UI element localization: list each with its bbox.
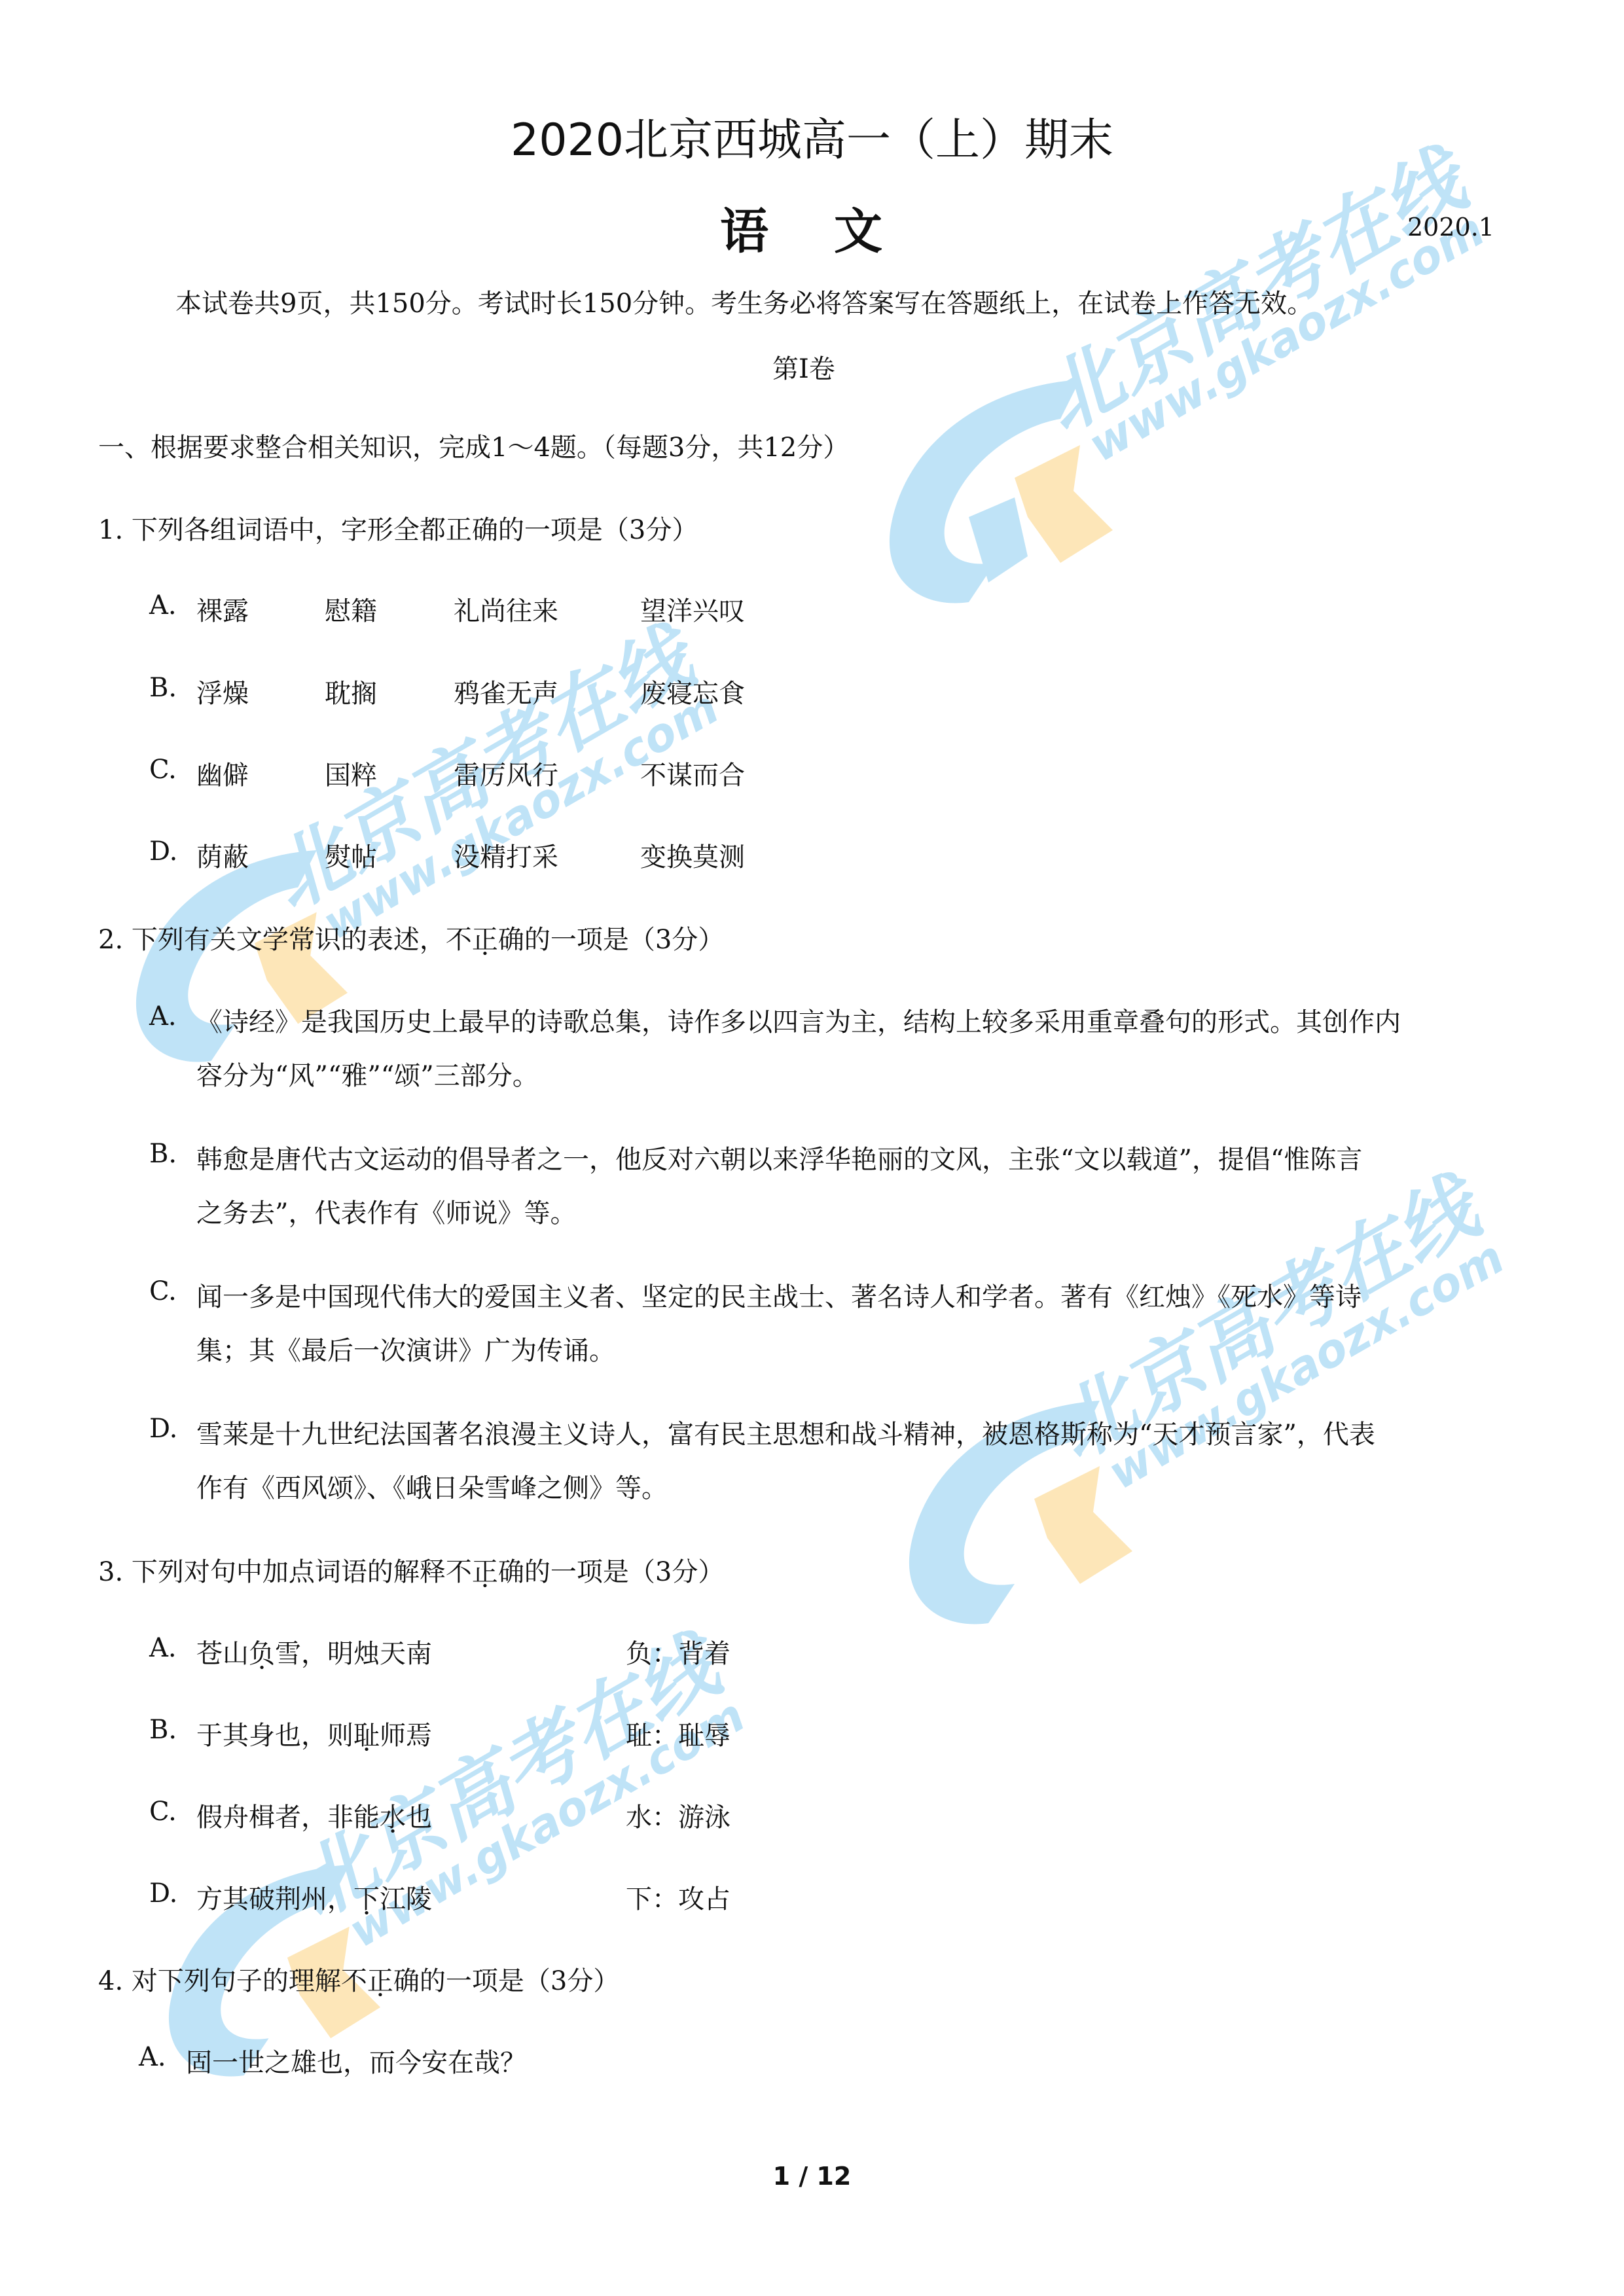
option-label: C. — [149, 1797, 177, 1827]
option-text: 韩愈是唐代古文运动的倡导者之一，他反对六朝以来浮华艳丽的文风，主张“文以载道”，… — [196, 1139, 1362, 1176]
option-gloss: 下：攻占 — [626, 1878, 731, 1916]
question-number: 1. — [98, 515, 123, 545]
dotted-word: 下 — [353, 1884, 380, 1914]
option-word: 望洋兴叹 — [640, 590, 745, 628]
exam-page: 2020北京西城高一（上）期末 语文 2020.1 本试卷共9页，共150分。考… — [0, 0, 1624, 2296]
q2-option-a-cont: 容分为“风”“雅”“颂”三部分。 — [196, 1055, 539, 1092]
option-word: 国粹 — [325, 755, 377, 792]
q3-option-a: A. 苍山负雪，明烛天南 负：背着 — [149, 1633, 177, 1663]
question-stem-post: 的一项是（3分） — [420, 1966, 619, 1996]
dotted-word: 水 — [380, 1803, 406, 1833]
question-stem-pre: 下列对句中加点词语的解释 — [132, 1557, 446, 1587]
question-number: 4. — [98, 1966, 123, 1996]
question-stem-pre: 下列有关文学常识的表述， — [132, 925, 446, 955]
sentence-text: 也 — [406, 1803, 432, 1833]
sentence-text: 方其破荆州， — [196, 1884, 353, 1914]
q1-option-b: B. 浮燥 耽搁 鸦雀无声 废寝忘食 — [149, 673, 177, 703]
option-sentence: 苍山负雪，明烛天南 — [196, 1633, 432, 1670]
q3-option-d: D. 方其破荆州，下江陵 下：攻占 — [149, 1878, 177, 1909]
option-word: 雷厉风行 — [454, 755, 558, 792]
option-word: 没精打采 — [454, 836, 558, 874]
question-1: 1. 下列各组词语中，字形全都正确的一项是（3分） — [98, 509, 698, 547]
q2-option-b-cont: 之务去”，代表作有《师说》等。 — [196, 1193, 576, 1230]
option-label: B. — [149, 1139, 177, 1169]
option-label: D. — [149, 1414, 177, 1444]
option-gloss: 负：背着 — [626, 1633, 731, 1670]
exam-date: 2020.1 — [1407, 213, 1494, 242]
option-text: 固一世之雄也，而今安在哉？ — [186, 2042, 526, 2079]
q4-option-a: A. 固一世之雄也，而今安在哉？ — [139, 2042, 166, 2072]
option-label: D. — [149, 836, 177, 867]
q1-option-d: D. 荫蔽 熨帖 没精打采 变换莫测 — [149, 836, 177, 867]
sentence-text: 于其身也，则 — [196, 1721, 353, 1751]
option-word: 浮燥 — [196, 673, 249, 710]
option-word: 裸露 — [196, 590, 249, 628]
q3-option-c: C. 假舟楫者，非能水也 水：游泳 — [149, 1797, 177, 1827]
option-word: 礼尚往来 — [454, 590, 558, 628]
emphasized-text: 不正确 — [446, 1557, 524, 1587]
option-word: 耽搁 — [325, 673, 377, 710]
option-sentence: 于其身也，则耻师焉 — [196, 1715, 432, 1752]
question-2: 2. 下列有关文学常识的表述，不正确的一项是（3分） — [98, 919, 724, 956]
option-label: B. — [149, 1715, 177, 1745]
q2-option-a: A. 《诗经》是我国历史上最早的诗歌总集，诗作多以四言为主，结构上较多采用重章叠… — [149, 1001, 177, 1031]
sentence-text: 江陵 — [380, 1884, 432, 1914]
option-label: C. — [149, 755, 177, 785]
question-number: 2. — [98, 925, 123, 955]
q1-option-c: C. 幽僻 国粹 雷厉风行 不谋而合 — [149, 755, 177, 785]
option-word: 鸦雀无声 — [454, 673, 558, 710]
sentence-text: 雪，明烛天南 — [275, 1639, 432, 1669]
option-text: 雪莱是十九世纪法国著名浪漫主义诗人，富有民主思想和战斗精神，被恩格斯称为“天才预… — [196, 1414, 1375, 1451]
question-stem-post: 的一项是（3分） — [524, 1557, 724, 1587]
question-3: 3. 下列对句中加点词语的解释不正确的一项是（3分） — [98, 1551, 724, 1588]
option-label: B. — [149, 673, 177, 703]
option-word: 不谋而合 — [640, 755, 745, 792]
question-stem: 下列各组词语中，字形全都正确的一项是（3分） — [132, 515, 698, 545]
option-label: A. — [149, 590, 177, 620]
emphasized-text: 不正确 — [446, 925, 524, 955]
q1-option-a: A. 裸露 慰籍 礼尚往来 望洋兴叹 — [149, 590, 177, 620]
volume-label: 第Ⅰ卷 — [772, 348, 835, 386]
option-word: 幽僻 — [196, 755, 249, 792]
option-label: C. — [149, 1276, 177, 1306]
option-word: 废寝忘食 — [640, 673, 745, 710]
q2-option-d: D. 雪莱是十九世纪法国著名浪漫主义诗人，富有民主思想和战斗精神，被恩格斯称为“… — [149, 1414, 177, 1444]
q2-option-d-cont: 作有《西风颂》、《峨日朵雪峰之侧》等。 — [196, 1467, 668, 1505]
section-heading: 一、根据要求整合相关知识，完成1～4题。（每题3分，共12分） — [98, 427, 849, 464]
emphasized-text: 不正确 — [341, 1966, 420, 1996]
option-label: A. — [149, 1633, 177, 1663]
option-gloss: 水：游泳 — [626, 1797, 731, 1834]
exam-title: 2020北京西城高一（上）期末 — [0, 105, 1624, 168]
q2-option-c-cont: 集；其《最后一次演讲》广为传诵。 — [196, 1330, 615, 1367]
option-word: 变换莫测 — [640, 836, 745, 874]
question-stem-pre: 对下列句子的理解 — [132, 1966, 341, 1996]
sentence-text: 假舟楫者，非能 — [196, 1803, 380, 1833]
question-stem-post: 的一项是（3分） — [524, 925, 724, 955]
option-text: 《诗经》是我国历史上最早的诗歌总集，诗作多以四言为主，结构上较多采用重章叠句的形… — [196, 1001, 1401, 1039]
option-sentence: 方其破荆州，下江陵 — [196, 1878, 432, 1916]
option-sentence: 假舟楫者，非能水也 — [196, 1797, 432, 1834]
question-number: 3. — [98, 1557, 123, 1587]
option-word: 荫蔽 — [196, 836, 249, 874]
option-text: 闻一多是中国现代伟大的爱国主义者、坚定的民主战士、著名诗人和学者。著有《红烛》《… — [196, 1276, 1362, 1314]
q2-option-b: B. 韩愈是唐代古文运动的倡导者之一，他反对六朝以来浮华艳丽的文风，主张“文以载… — [149, 1139, 177, 1169]
option-word: 慰籍 — [325, 590, 377, 628]
page-indicator: 1 / 12 — [0, 2162, 1624, 2191]
q3-option-b: B. 于其身也，则耻师焉 耻：耻辱 — [149, 1715, 177, 1745]
option-label: D. — [149, 1878, 177, 1909]
sentence-text: 苍山 — [196, 1639, 249, 1669]
subject-title: 语文 — [720, 193, 948, 262]
option-label: A. — [139, 2042, 166, 2072]
exam-instructions: 本试卷共9页，共150分。考试时长150分钟。考生务必将答案写在答题纸上，在试卷… — [175, 283, 1313, 320]
option-label: A. — [149, 1001, 177, 1031]
dotted-word: 负 — [249, 1639, 275, 1669]
option-gloss: 耻：耻辱 — [626, 1715, 731, 1752]
option-word: 熨帖 — [325, 836, 377, 874]
q2-option-c: C. 闻一多是中国现代伟大的爱国主义者、坚定的民主战士、著名诗人和学者。著有《红… — [149, 1276, 177, 1306]
question-4: 4. 对下列句子的理解不正确的一项是（3分） — [98, 1960, 619, 1998]
sentence-text: 师焉 — [380, 1721, 432, 1751]
dotted-word: 耻 — [353, 1721, 380, 1751]
